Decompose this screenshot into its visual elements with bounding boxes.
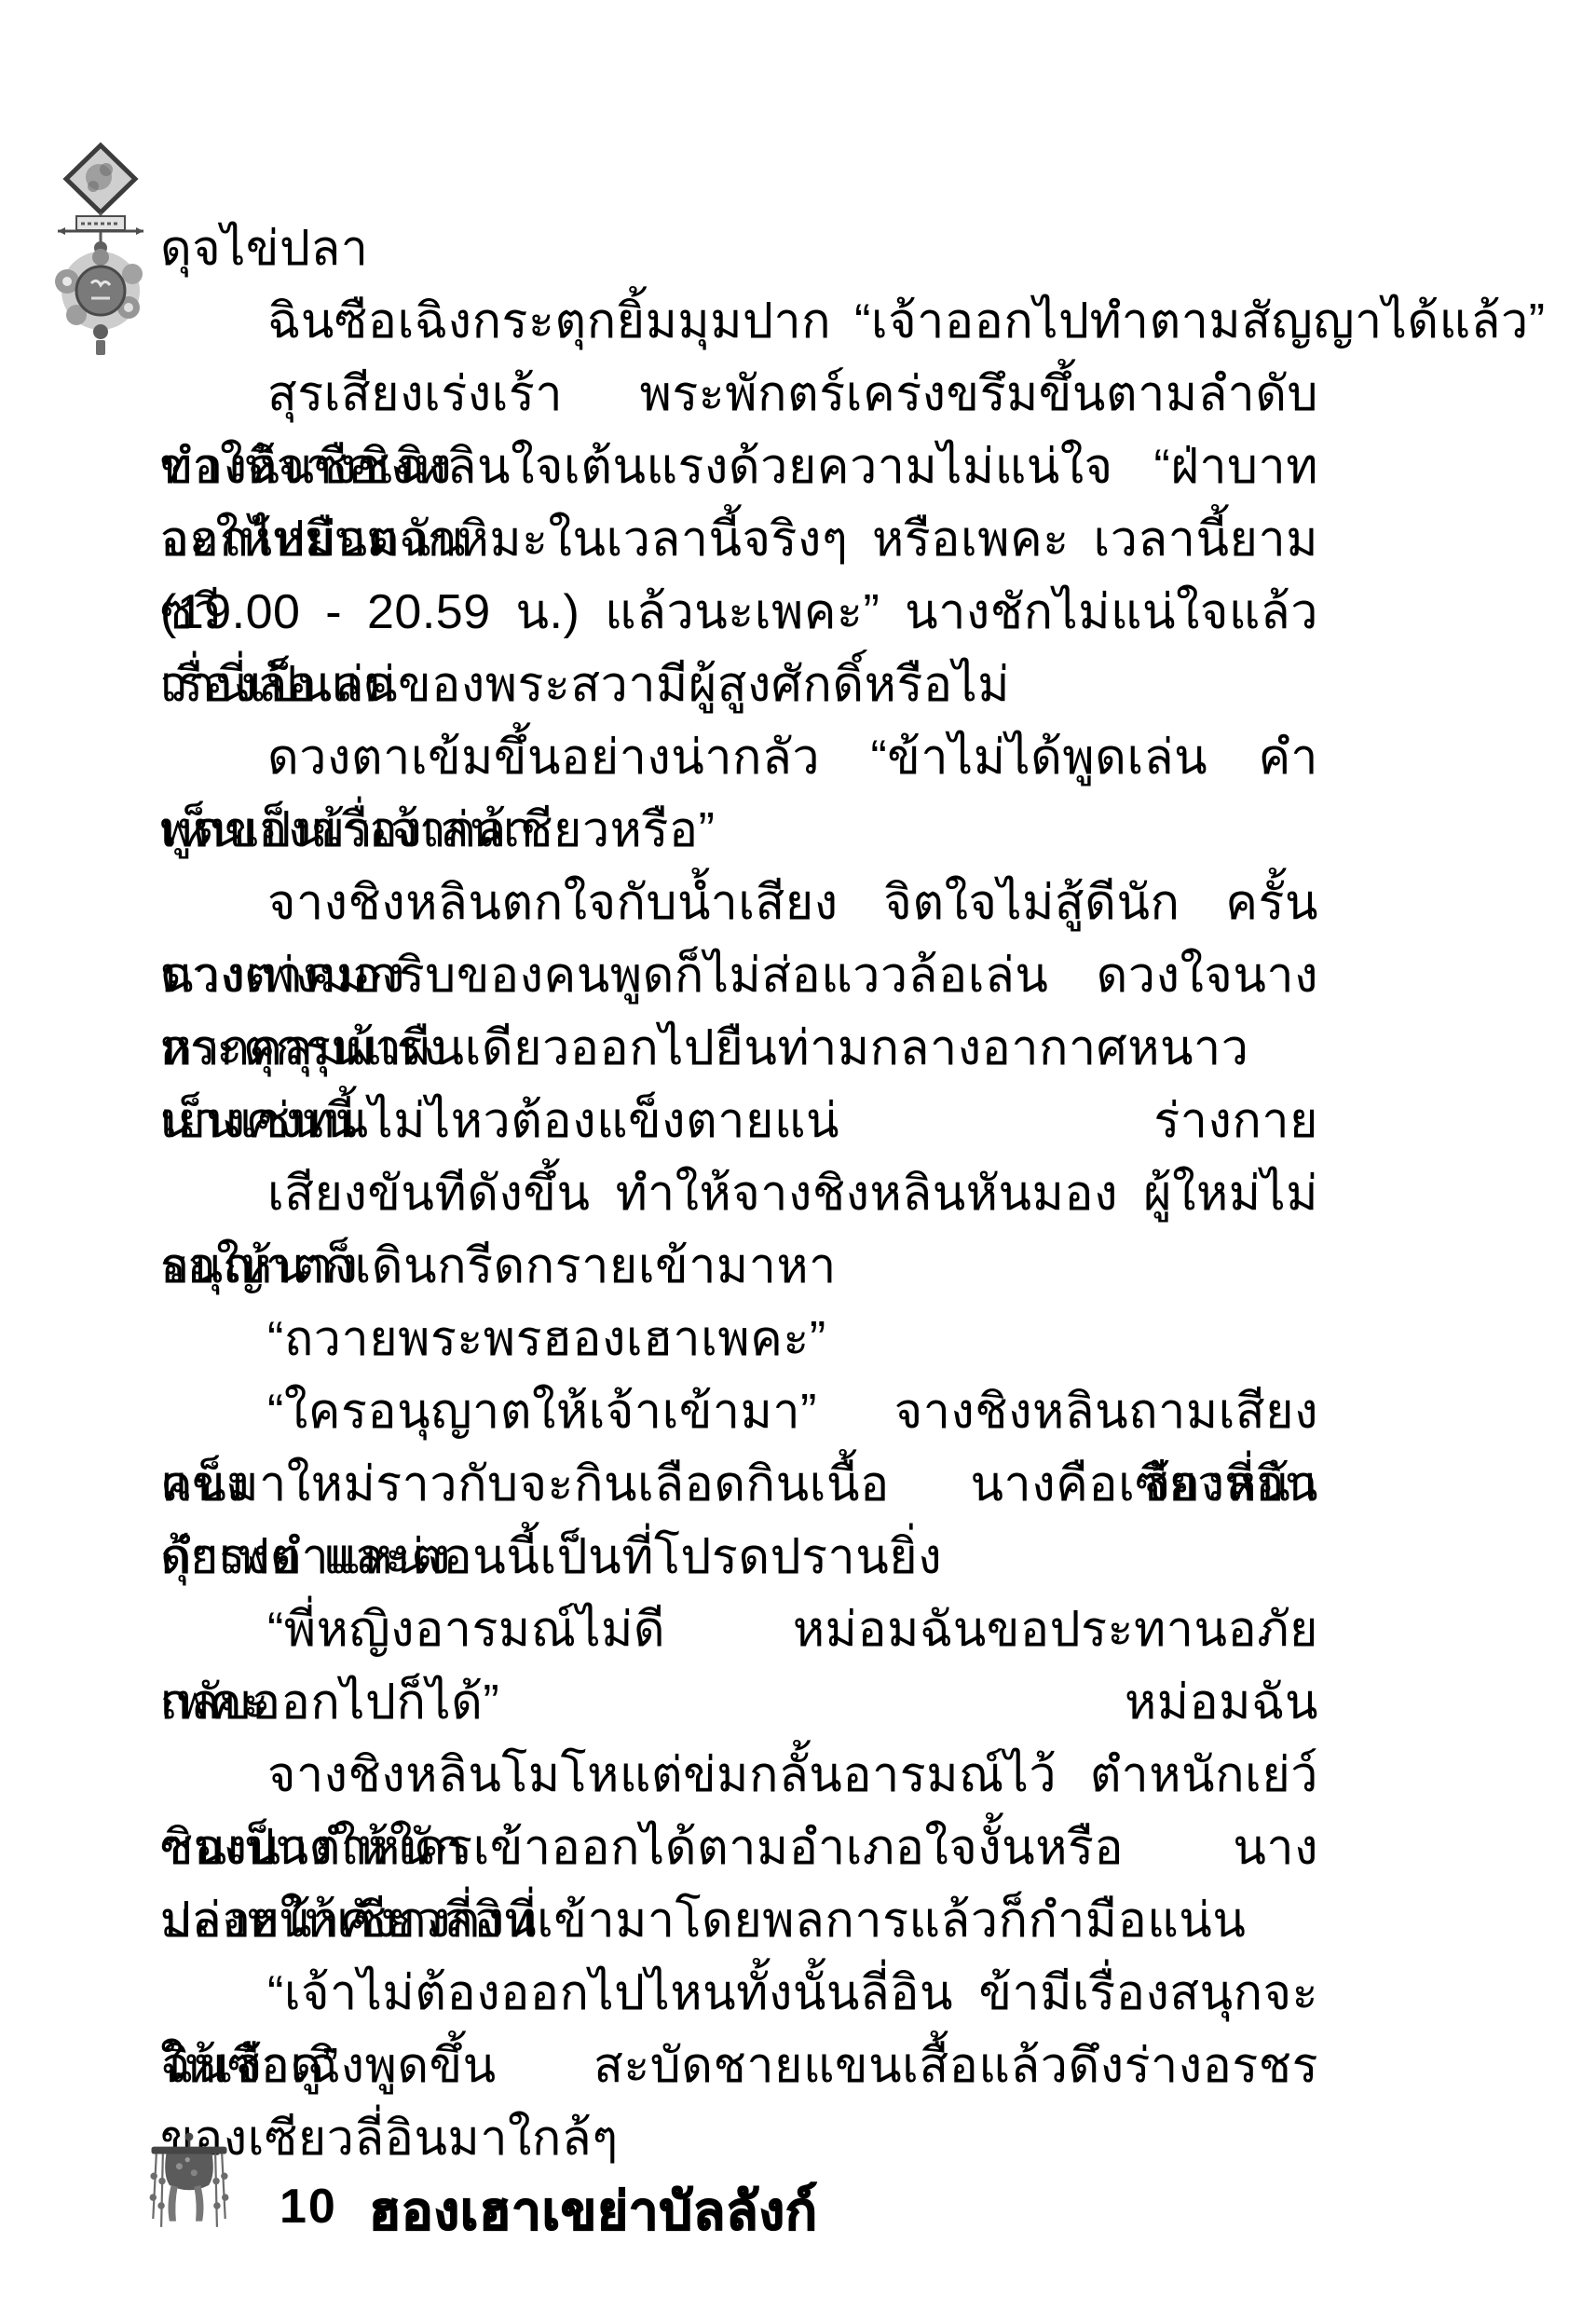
text-line: “ถวายพระพรฮองเฮาเพคะ” [160, 1303, 1318, 1375]
text-line: สุรเสียงเร่งเร้า พระพักตร์เคร่งขรึมขึ้นต… [160, 358, 1318, 431]
chinese-knot-tassel-icon [48, 142, 153, 356]
text-line: (19.00 - 20.59 น.) แล้วนะเพคะ” นางชักไม่… [160, 576, 1318, 649]
text-line: “ใครอนุญาตให้เจ้าเข้ามา” จางชิงหลินถามเส… [160, 1375, 1318, 1448]
page-footer: 10 ฮองเฮาเขย่าบัลลังก์ [140, 2130, 818, 2253]
text-line: กุ้ยเฟย และตอนนี้เป็นที่โปรดปรานยิ่ง [160, 1521, 1318, 1593]
text-line: ของนางให้ใครเข้าออกได้ตามอำเภอใจงั้นหรือ… [160, 1812, 1318, 1884]
text-line: ทำให้จางชิงหลินใจเต้นแรงด้วยความไม่แน่ใจ… [160, 431, 1318, 503]
text-line: ปล่อยให้เซียวลี่อินเข้ามาโดยพลการแล้วก็ก… [160, 1884, 1318, 1957]
text-line: เห็นเป็นเรื่องเล่นเชียวหรือ” [160, 794, 1318, 867]
text-line: เรื่องล้อเล่นของพระสวามีผู้สูงศักดิ์หรือ… [160, 649, 1318, 721]
page-number: 10 [280, 2179, 337, 2235]
text-line: จางชิงหลินตกใจกับน้ำเสียง จิตใจไม่สู้ดีน… [160, 867, 1318, 939]
text-line: ฉินซือเฉิงพูดขึ้น สะบัดชายแขนเสื้อแล้วดึ… [160, 2030, 1318, 2102]
body-text: ดุจไข่ปลาฉินซือเฉิงกระตุกยิ้มมุมปาก “เจ้… [160, 212, 1318, 2102]
text-line: หากคลุมผ้าผืนเดียวออกไปยืนท่ามกลางอากาศห… [160, 1012, 1318, 1085]
book-page: ดุจไข่ปลาฉินซือเฉิงกระตุกยิ้มมุมปาก “เจ้… [0, 0, 1596, 2311]
text-line: “เจ้าไม่ต้องออกไปไหนทั้งนั้นลี่อิน ข้ามี… [160, 1957, 1318, 2030]
text-line: ฉินซือเฉิงกระตุกยิ้มมุมปาก “เจ้าออกไปทำต… [160, 285, 1318, 358]
text-line: อนุญาตก็เดินกรีดกรายเข้ามาหา [160, 1230, 1318, 1303]
text-line: ดวงตาเข้มขึ้นอย่างน่ากลัว “ข้าไม่ได้พูดเ… [160, 721, 1318, 794]
text-line: ดุจไข่ปลา [160, 212, 1318, 285]
text-line: เสียงขันทีดังขึ้น ทำให้จางชิงหลินหันมอง … [160, 1157, 1318, 1230]
text-line: คนมาใหม่ราวกับจะกินเลือดกินเนื้อ นางคือเ… [160, 1448, 1318, 1521]
book-title: ฮองเฮาเขย่าบัลลังก์ [369, 2169, 818, 2252]
text-line: ดวงตาคมกริบของคนพูดก็ไม่ส่อแววล้อเล่น ดว… [160, 939, 1318, 1012]
imperial-crown-icon [140, 2130, 239, 2253]
text-line: “พี่หญิงอารมณ์ไม่ดี หม่อมฉันขอประทานอภัย… [160, 1593, 1318, 1666]
text-line: จางชิงหลินโมโหแต่ข่มกลั้นอารมณ์ไว้ ตำหนั… [160, 1739, 1318, 1812]
text-line: ออกไปยืนตากหิมะในเวลานี้จริงๆ หรือเพคะ เ… [160, 503, 1318, 576]
